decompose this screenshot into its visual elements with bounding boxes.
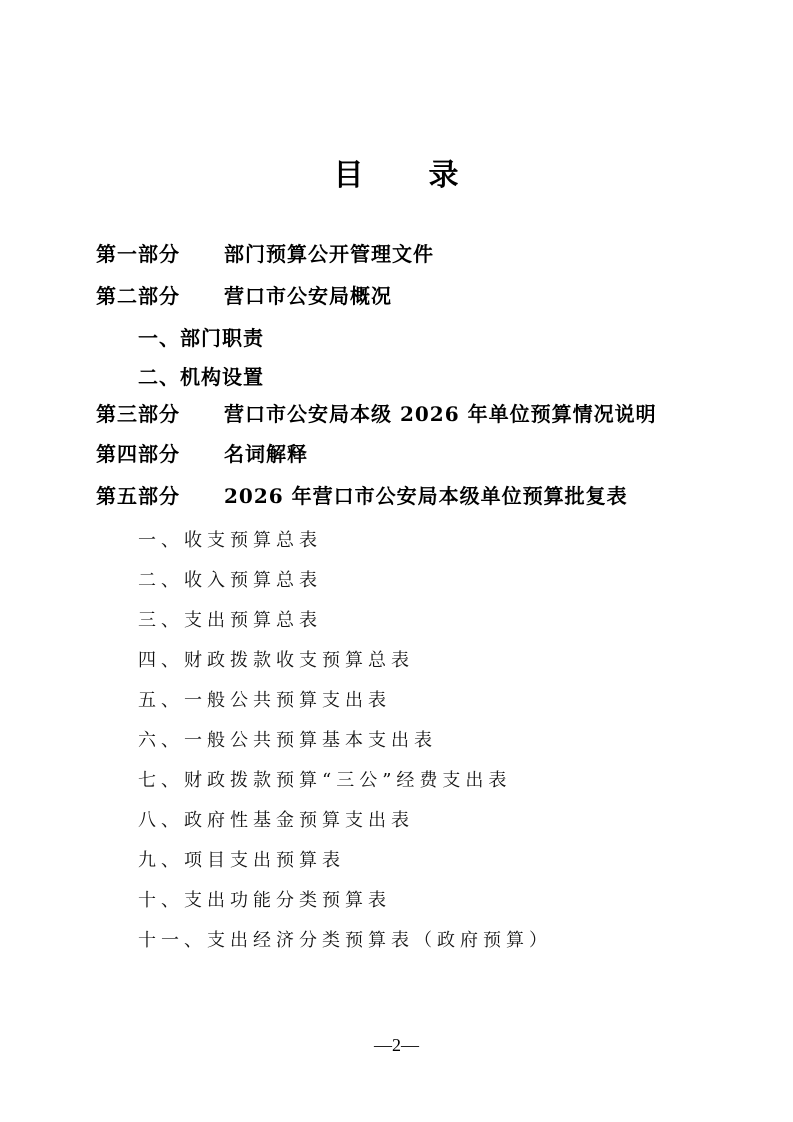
page-number: —2— — [0, 1035, 793, 1056]
toc-table-11[interactable]: 十一、支出经济分类预算表（政府预算） — [138, 926, 552, 952]
toc-table-1[interactable]: 一、收支预算总表 — [138, 526, 322, 552]
toc-table-8[interactable]: 八、政府性基金预算支出表 — [138, 806, 414, 832]
toc-subsection-1[interactable]: 一、部门职责 — [138, 322, 264, 351]
page-title: 目录 — [0, 150, 793, 194]
toc-table-2[interactable]: 二、收入预算总表 — [138, 566, 322, 592]
title-char-1: 目 — [334, 150, 365, 194]
toc-table-10[interactable]: 十、支出功能分类预算表 — [138, 886, 391, 912]
part-text: 2026 年营口市公安局本级单位预算批复表 — [224, 484, 628, 508]
toc-part-4[interactable]: 第四部分名词解释 — [96, 438, 308, 467]
toc-table-9[interactable]: 九、项目支出预算表 — [138, 846, 345, 872]
part-text: 名词解释 — [224, 442, 308, 466]
toc-part-1[interactable]: 第一部分部门预算公开管理文件 — [96, 238, 434, 267]
toc-part-2[interactable]: 第二部分营口市公安局概况 — [96, 280, 392, 309]
toc-table-5[interactable]: 五、一般公共预算支出表 — [138, 686, 391, 712]
part-label: 第一部分 — [96, 238, 224, 267]
toc-subsection-2[interactable]: 二、机构设置 — [138, 361, 264, 390]
part-label: 第三部分 — [96, 398, 224, 427]
part-text: 营口市公安局概况 — [224, 284, 392, 308]
part-text: 部门预算公开管理文件 — [224, 242, 434, 266]
toc-table-6[interactable]: 六、一般公共预算基本支出表 — [138, 726, 437, 752]
toc-part-3[interactable]: 第三部分营口市公安局本级 2026 年单位预算情况说明 — [96, 398, 657, 427]
title-char-2: 录 — [429, 150, 460, 194]
toc-table-7[interactable]: 七、财政拨款预算“三公”经费支出表 — [138, 766, 511, 792]
part-label: 第四部分 — [96, 438, 224, 467]
part-label: 第二部分 — [96, 280, 224, 309]
toc-table-3[interactable]: 三、支出预算总表 — [138, 606, 322, 632]
toc-part-5[interactable]: 第五部分2026 年营口市公安局本级单位预算批复表 — [96, 480, 628, 509]
toc-table-4[interactable]: 四、财政拨款收支预算总表 — [138, 646, 414, 672]
part-text: 营口市公安局本级 2026 年单位预算情况说明 — [224, 402, 657, 426]
part-label: 第五部分 — [96, 480, 224, 509]
